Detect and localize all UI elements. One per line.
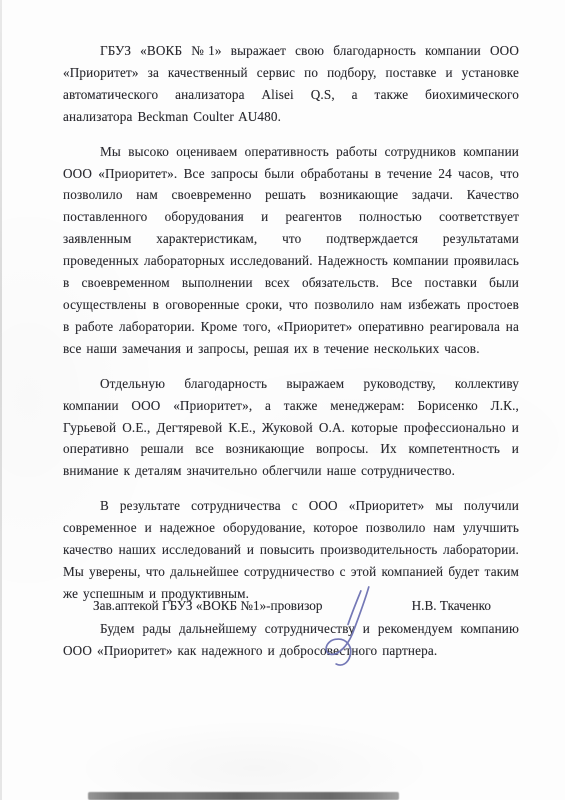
scanned-letter-page: ГБУЗ «ВОКБ №1» выражает свою благодарнос… bbox=[0, 0, 565, 800]
letter-body: ГБУЗ «ВОКБ №1» выражает свою благодарнос… bbox=[63, 40, 519, 675]
paragraph-cooperation-result: В результате сотрудничества с ООО «Приор… bbox=[63, 495, 519, 605]
handwritten-signature-icon bbox=[318, 584, 380, 668]
signatory-name: Н.В. Ткаченко bbox=[412, 598, 491, 614]
scan-artifact-bar bbox=[88, 792, 399, 800]
paragraph-managers-thanks: Отдельную благодарность выражаем руковод… bbox=[63, 373, 519, 483]
paragraph-recommendation: Будем рады дальнейшему сотрудничеству и … bbox=[63, 618, 519, 662]
signature-block: Зав.аптекой ГБУЗ «ВОКБ №1»-провизор Н.В.… bbox=[63, 598, 519, 614]
paragraph-service-quality: Мы высоко оцениваем оперативность работы… bbox=[63, 141, 519, 360]
paragraph-gratitude-intro: ГБУЗ «ВОКБ №1» выражает свою благодарнос… bbox=[63, 40, 519, 128]
signatory-title: Зав.аптекой ГБУЗ «ВОКБ №1»-провизор bbox=[93, 598, 322, 614]
scan-edge-left bbox=[0, 0, 2, 800]
